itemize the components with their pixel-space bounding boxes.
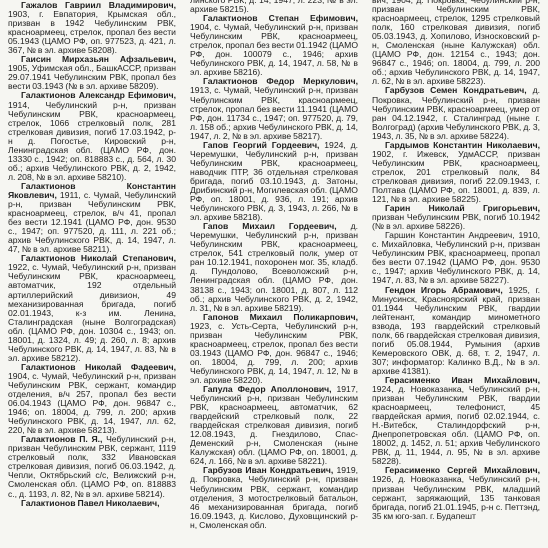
memorial-entry: Гарбузов Семен Кондратьевич, д. Покровка… [372, 86, 540, 140]
memorial-entry: Галактионов Николай Степанович, 1922, с.… [8, 254, 176, 363]
column-2-content: линского РВК, д. 14, 1947, л. 223, № в э… [190, 0, 358, 530]
person-name: Галактионов Николай Фадеевич, [21, 362, 176, 372]
person-name: Гендон Игорь Абрамович, [385, 285, 503, 295]
person-name: Герасименко Сергей Михайлович, [385, 465, 540, 475]
column-1-content: Гажалов Гавриил Владимирович, 1903, г. Е… [8, 1, 176, 508]
memorial-entry: Герасименко Сергей Михайлович, 1926, д. … [372, 466, 540, 520]
person-name: Гардымов Константин Николаевич, [385, 140, 540, 150]
person-name: Гапула Федор Аполлонович, [203, 384, 332, 394]
person-name: Галактионов Константин Яковлевич, [8, 181, 176, 200]
person-name: Галактионов Павел Николаевич, [21, 498, 160, 508]
memorial-entry: Гардымов Константин Николаевич, 1902, г.… [372, 141, 540, 204]
person-name: Галактионов Николай Степанович, [21, 253, 176, 263]
memorial-entry: Гапула Федор Аполлонович, 1917, Чебулинс… [190, 385, 358, 466]
memorial-entry: Гапов Георгий Гордеевич, 1924, д. Черему… [190, 141, 358, 222]
memorial-entry: Галактионов Павел Николаевич, [8, 499, 176, 508]
memorial-entry: Галактионов Константин Яковлевич, 1911, … [8, 182, 176, 254]
memorial-entry: Галактионов Николай Фадеевич, 1904, с. Ч… [8, 363, 176, 435]
memorial-entry: Гаисин Мирхазьян Афзальевич, 1905, Уфимс… [8, 55, 176, 91]
person-name: Гарбузов Иван Кондратьевич, [203, 465, 333, 475]
memorial-book-page: Гажалов Гавриил Владимирович, 1903, г. Е… [0, 0, 548, 548]
person-name: Гажалов Гавриил Владимирович, [21, 0, 176, 10]
person-name: Галактионов Александр Ефимович, [21, 90, 176, 100]
person-name: Галактионов П. Я., [21, 434, 102, 444]
person-name: Гаисин Мирхазьян Афзальевич, [21, 54, 176, 64]
column-3-content: вич, 1904, д. Покровка, Чебулинский р-н,… [372, 0, 540, 521]
person-name: Герасименко Иван Михайлович, [385, 375, 540, 385]
memorial-entry: Гаршин Константин Андреевич, 1910, с. Ми… [372, 231, 540, 285]
person-name: Гапов Георгий Гордеевич, [203, 140, 319, 150]
person-name: Галактионов Федор Меркулович, [203, 76, 358, 86]
memorial-entry: Гендон Игорь Абрамович, 1925, г. Минусин… [372, 286, 540, 376]
memorial-entry: Галактионов Александр Ефимович, 1914, Че… [8, 91, 176, 181]
person-name: Гарин Николай Григорьевич, [385, 203, 540, 213]
memorial-entry: Герасименко Иван Михайлович, 1924, д. Но… [372, 376, 540, 466]
person-name: Гарбузов Семен Кондратьевич, [385, 85, 527, 95]
memorial-entry: Гажалов Гавриил Владимирович, 1903, г. Е… [8, 1, 176, 55]
text-column-1: Гажалов Гавриил Владимирович, 1903, г. Е… [8, 0, 176, 548]
person-name: Гаршин Константин Андреевич, [385, 230, 515, 240]
entry-continuation: линского РВК, д. 14, 1947, л. 223, № в э… [190, 0, 358, 14]
person-name: Гапонов Михаил Поликарпович, [203, 312, 358, 322]
memorial-entry: Гапонов Михаил Поликарпович, 1923, с. Ус… [190, 313, 358, 385]
memorial-entry: Гарин Николай Григорьевич, призван Чебул… [372, 204, 540, 231]
memorial-entry: Гапов Михаил Гордеевич, д. Черемушки, Че… [190, 222, 358, 312]
person-name: Галактионов Степан Ефимович, [203, 13, 358, 23]
text-column-2: линского РВК, д. 14, 1947, л. 223, № в э… [190, 0, 358, 548]
person-name: Гапов Михаил Гордеевич, [203, 221, 337, 231]
memorial-entry: Галактионов П. Я., Чебулинский р-н, приз… [8, 435, 176, 498]
memorial-entry: Галактионов Степан Ефимович, 1904, с. Чу… [190, 14, 358, 77]
text-column-3: вич, 1904, д. Покровка, Чебулинский р-н,… [372, 0, 540, 548]
memorial-entry: Галактионов Федор Меркулович, 1913, с. Ч… [190, 77, 358, 140]
entry-continuation: вич, 1904, д. Покровка, Чебулинский р-н,… [372, 0, 540, 86]
memorial-entry: Гарбузов Иван Кондратьевич, 1919, д. Пок… [190, 466, 358, 529]
